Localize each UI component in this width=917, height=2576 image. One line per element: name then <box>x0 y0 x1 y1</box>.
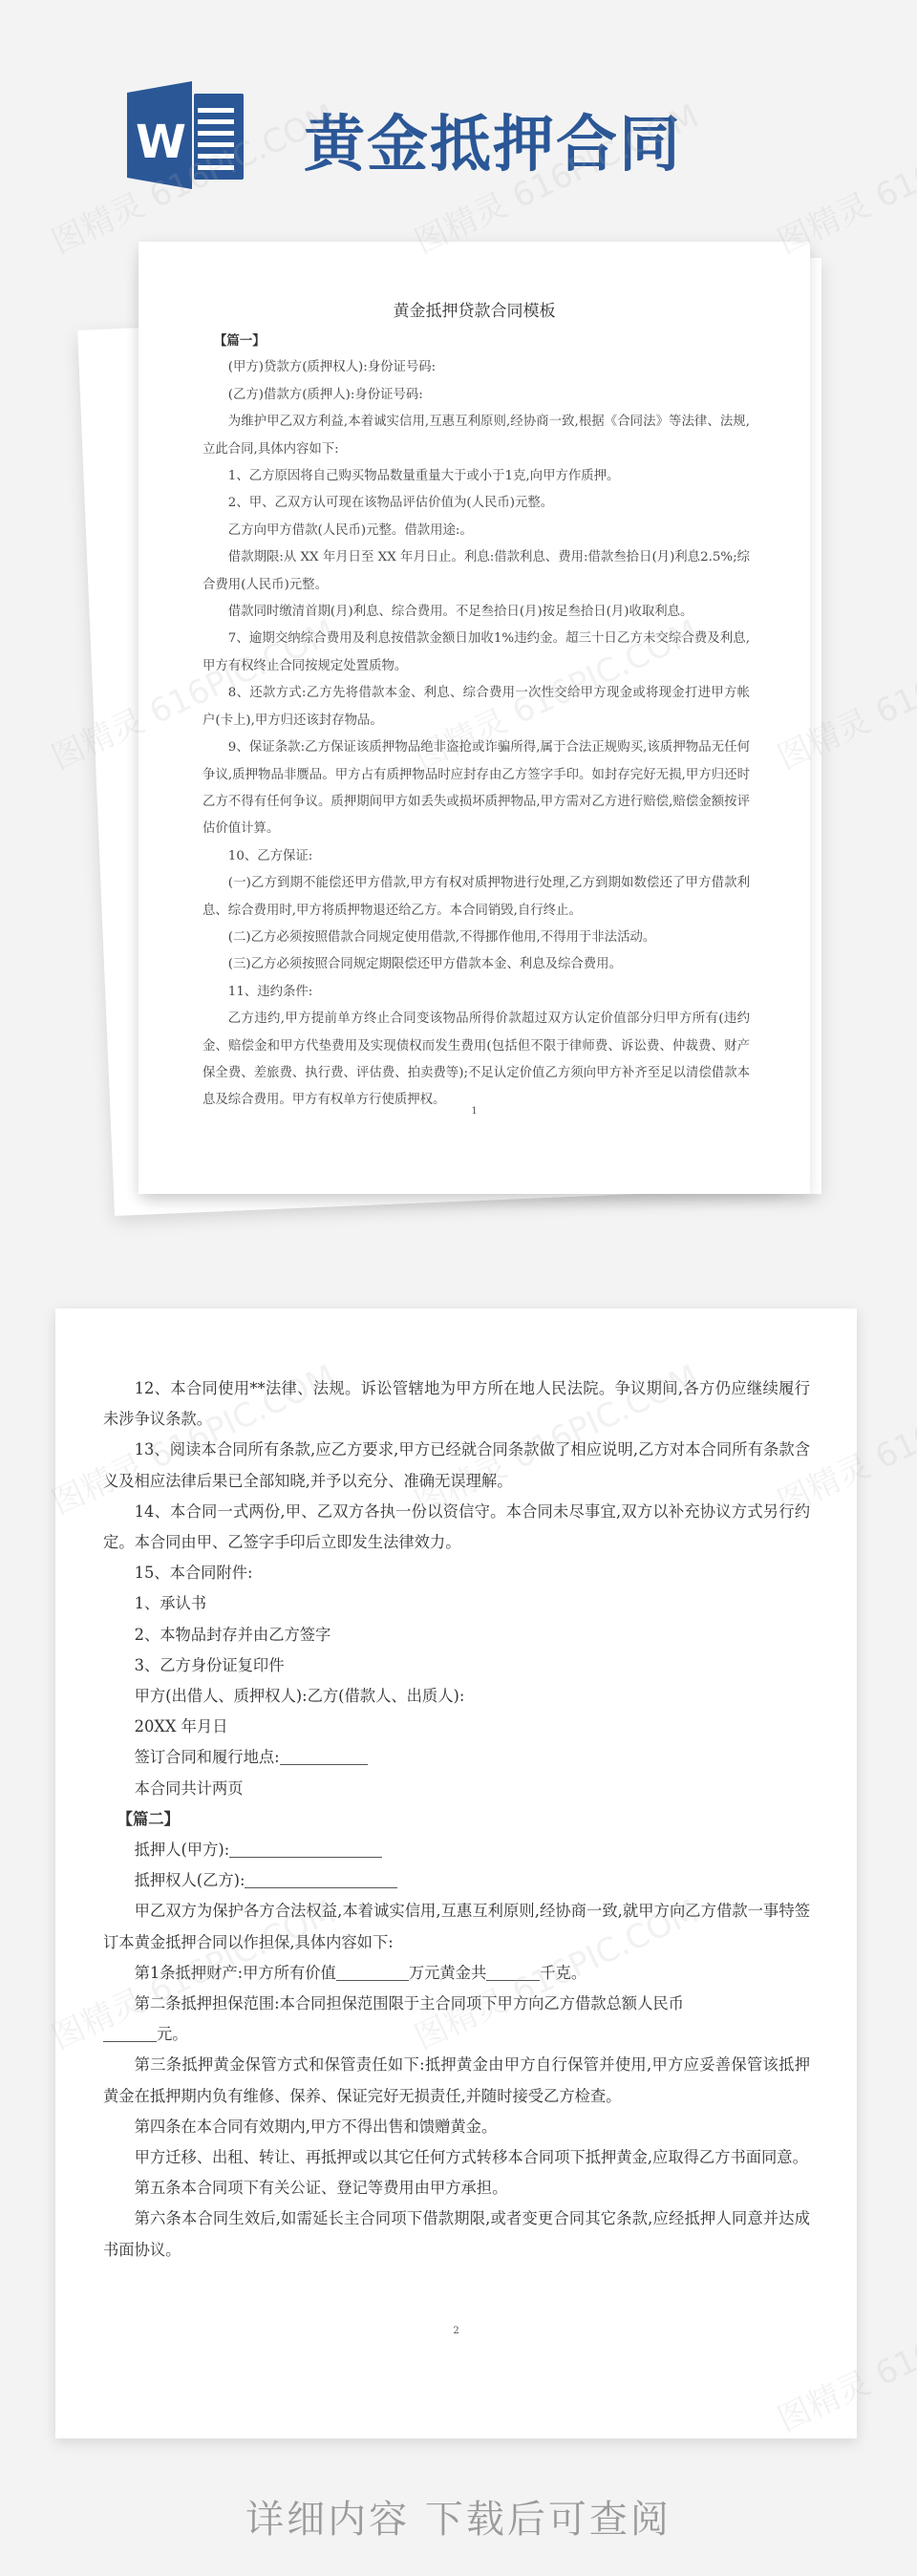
document-title: 黄金抵押贷款合同模板 <box>139 297 810 321</box>
page-number: 2 <box>55 2326 857 2336</box>
article-1-text: 万元黄金共 <box>409 1964 486 1982</box>
mortgagee-label: 抵押权人(乙方): <box>135 1871 245 1889</box>
value-blank <box>336 1965 409 1981</box>
paragraph: 10、乙方保证: <box>203 843 750 870</box>
paragraph: 本合同共计两页 <box>103 1774 810 1804</box>
svg-text:W: W <box>136 116 186 169</box>
paragraph: 第五条本合同项下有关公证、登记等费用由甲方承担。 <box>103 2173 810 2203</box>
word-document-icon: W <box>127 81 246 189</box>
paragraph: 2、本物品封存并由乙方签字 <box>103 1620 810 1650</box>
paragraph: 14、本合同一式两份,甲、乙双方各执一份以资信守。本合同未尽事宜,双方以补充协议… <box>103 1497 810 1558</box>
paragraph: 甲乙双方为保护各方合法权益,本着诚实信用,互惠互利原则,经协商一致,就甲方向乙方… <box>103 1896 810 1957</box>
paragraph: (三)乙方必须按照合同规定期限偿还甲方借款本金、利息及综合费用。 <box>203 951 750 978</box>
paragraph: 为维护甲乙双方利益,本着诚实信用,互惠互利原则,经协商一致,根据《合同法》等法律… <box>203 409 750 463</box>
signing-place-label: 签订合同和履行地点: <box>135 1748 280 1766</box>
mortgagor-blank <box>229 1842 382 1858</box>
document-page-2: 12、本合同使用**法律、法规。诉讼管辖地为甲方所在地人民法院。争议期间,各方仍… <box>55 1309 857 2438</box>
section-heading: 【篇二】 <box>103 1804 810 1835</box>
document-page-1: 黄金抵押贷款合同模板 【篇一】 (甲方)贷款方(质押权人):身份证号码: (乙方… <box>139 242 810 1194</box>
paragraph: 12、本合同使用**法律、法规。诉讼管辖地为甲方所在地人民法院。争议期间,各方仍… <box>103 1373 810 1435</box>
paragraph: (一)乙方到期不能偿还甲方借款,甲方有权对质押物进行处理,乙方到期如数偿还了甲方… <box>203 870 750 925</box>
paragraph: (二)乙方必须按照借款合同规定使用借款,不得挪作他用,不得用于非法活动。 <box>203 925 750 951</box>
paragraph: 20XX 年月日 <box>103 1712 810 1742</box>
paragraph: 甲方迁移、出租、转让、再抵押或以其它任何方式转移本合同项下抵押黄金,应取得乙方书… <box>103 2142 810 2173</box>
signing-place-blank <box>280 1749 368 1765</box>
amount-unit: 元。 <box>157 2025 188 2043</box>
paragraph: 元。 <box>103 2019 810 2050</box>
paragraph: 第六条本合同生效后,如需延长主合同项下借款期限,或者变更合同其它条款,应经抵押人… <box>103 2203 810 2265</box>
article-1-text: 千克。 <box>540 1964 586 1982</box>
paragraph: 9、保证条款:乙方保证该质押物品绝非盗抢或诈骗所得,属于合法正规购买,该质押物品… <box>203 734 750 843</box>
paragraph: 1、承认书 <box>103 1588 810 1619</box>
paragraph: (甲方)贷款方(质押权人):身份证号码: <box>203 354 750 381</box>
paragraph: 11、违约条件: <box>203 979 750 1006</box>
paragraph: 抵押权人(乙方): <box>103 1865 810 1896</box>
paragraph: 借款同时缴清首期(月)利息、综合费用。不足叁拾日(月)按足叁拾日(月)收取利息。 <box>203 599 750 626</box>
page-2-body: 12、本合同使用**法律、法规。诉讼管辖地为甲方所在地人民法院。争议期间,各方仍… <box>103 1373 810 2266</box>
paragraph: 抵押人(甲方): <box>103 1835 810 1865</box>
article-1-text: 第1条抵押财产:甲方所有价值 <box>135 1964 336 1982</box>
paragraph: 2、甲、乙双方认可现在该物品评估价值为(人民币)元整。 <box>203 490 750 517</box>
mortgagor-label: 抵押人(甲方): <box>135 1841 230 1859</box>
paragraph: 第三条抵押黄金保管方式和保管责任如下:抵押黄金由甲方自行保管并使用,甲方应妥善保… <box>103 2050 810 2111</box>
paragraph: 第1条抵押财产:甲方所有价值万元黄金共千克。 <box>103 1958 810 1989</box>
paragraph: 15、本合同附件: <box>103 1558 810 1588</box>
paragraph: (乙方)借款方(质押人):身份证号码: <box>203 382 750 409</box>
page-title: 黄金抵押合同 <box>304 107 682 183</box>
amount-blank <box>103 2026 157 2042</box>
paragraph: 7、逾期交纳综合费用及利息按借款金额日加收1%违约金。超三十日乙方未交综合费及利… <box>203 626 750 680</box>
paragraph: 借款期限:从 XX 年月日至 XX 年月日止。利息:借款利息、费用:借款叁拾日(… <box>203 544 750 599</box>
paragraph: 签订合同和履行地点: <box>103 1742 810 1773</box>
mortgagee-blank <box>245 1872 397 1888</box>
paragraph: 第四条在本合同有效期内,甲方不得出售和馈赠黄金。 <box>103 2112 810 2142</box>
paragraph: 甲方(出借人、质押权人):乙方(借款人、出质人): <box>103 1681 810 1712</box>
paragraph: 乙方向甲方借款(人民币)元整。借款用途:。 <box>203 518 750 544</box>
weight-blank <box>486 1965 540 1981</box>
section-heading: 【篇一】 <box>203 328 750 354</box>
download-notice: 详细内容 下载后可查阅 <box>0 2489 917 2544</box>
page-1-body: 【篇一】 (甲方)贷款方(质押权人):身份证号码: (乙方)借款方(质押人):身… <box>203 328 750 1115</box>
paragraph: 13、阅读本合同所有条款,应乙方要求,甲方已经就合同条款做了相应说明,乙方对本合… <box>103 1435 810 1496</box>
page-number: 1 <box>139 1106 810 1117</box>
header: W 黄金抵押合同 <box>0 0 917 229</box>
paragraph: 乙方违约,甲方提前单方终止合同变该物品所得价款超过双方认定价值部分归甲方所有(违… <box>203 1006 750 1115</box>
paragraph: 第二条抵押担保范围:本合同担保范围限于主合同项下甲方向乙方借款总额人民币 <box>103 1989 810 2019</box>
paragraph: 1、乙方原因将自己购买物品数量重量大于或小于1克,向甲方作质押。 <box>203 463 750 490</box>
paragraph: 8、还款方式:乙方先将借款本金、利息、综合费用一次性交给甲方现金或将现金打进甲方… <box>203 680 750 734</box>
paragraph: 3、乙方身份证复印件 <box>103 1650 810 1681</box>
